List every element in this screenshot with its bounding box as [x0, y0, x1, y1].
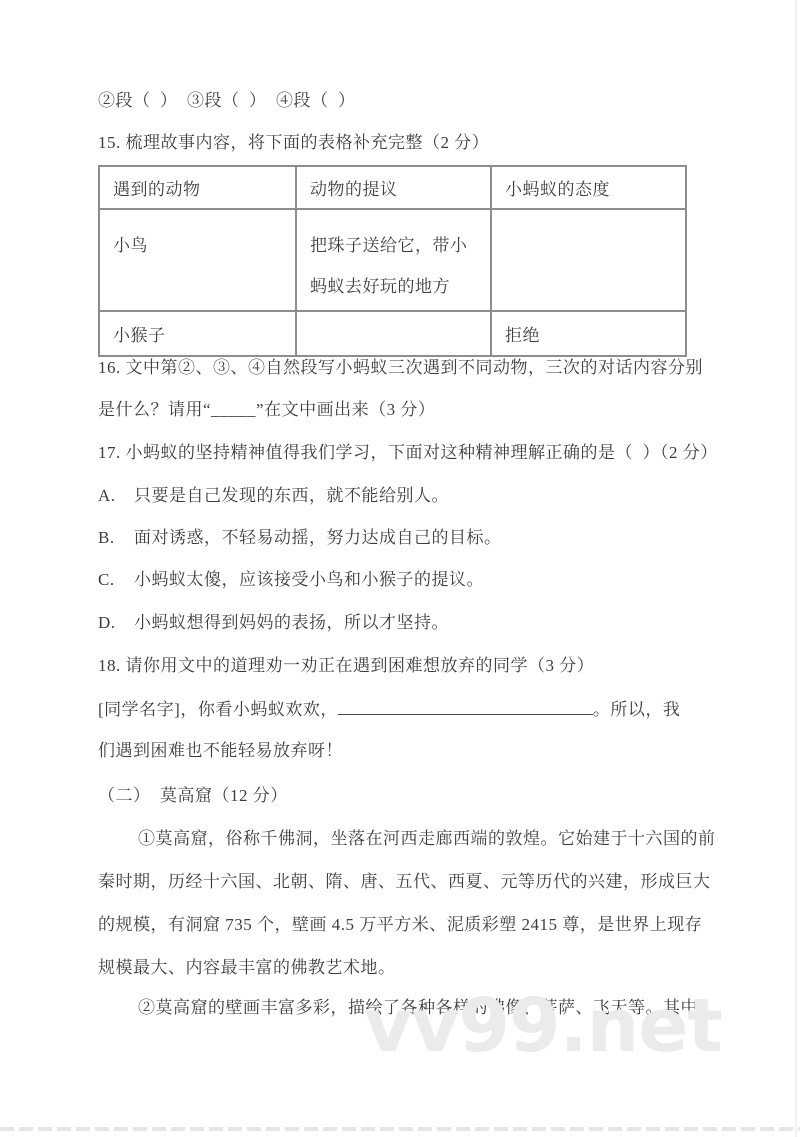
table-header-cell: 遇到的动物: [99, 166, 296, 209]
paragraph-blanks-line: ②段（ ） ③段（ ） ④段（ ）: [98, 90, 356, 112]
question-18-fill-line-2: 们遇到困难也不能轻易放弃呀！: [98, 740, 343, 762]
table-row: 小猴子 拒绝: [99, 311, 686, 356]
table-cell-empty: [491, 209, 686, 311]
passage-paragraph-1-line-4: 规模最大、内容最丰富的佛教艺术地。: [98, 957, 396, 979]
question-17: 17. 小蚂蚁的坚持精神值得我们学习，下面对这种精神理解正确的是（ ）（2 分）: [98, 442, 718, 464]
table-cell: 小猴子: [99, 311, 296, 356]
option-a-text: 只要是自己发现的东西，就不能给别人。: [134, 486, 449, 505]
option-b-text: 面对诱惑，不轻易动摇，努力达成自己的目标。: [134, 528, 502, 547]
question-18-fill-line: [同学名字]，你看小蚂蚁欢欢，。所以，我: [98, 697, 680, 721]
option-a: A.只要是自己发现的东西，就不能给别人。: [98, 485, 449, 507]
passage-paragraph-1-line-2: 秦时期，历经十六国、北朝、隋、唐、五代、西夏、元等历代的兴建，形成巨大: [98, 871, 711, 893]
option-d: D.小蚂蚁想得到妈妈的表扬，所以才坚持。: [98, 612, 449, 634]
passage-paragraph-1-line-3: 的规模，有洞窟 735 个，壁画 4.5 万平方米、泥质彩塑 2415 尊，是世…: [98, 914, 702, 936]
question-16-line-2: 是什么？请用“_____”在文中画出来（3 分）: [98, 399, 435, 421]
question-16-line-1: 16. 文中第②、③、④自然段写小蚂蚁三次遇到不同动物，三次的对话内容分别: [98, 357, 703, 379]
option-d-text: 小蚂蚁想得到妈妈的表扬，所以才坚持。: [134, 613, 449, 632]
table-header-cell: 动物的提议: [296, 166, 491, 209]
option-b-label: B.: [98, 527, 134, 549]
option-c-label: C.: [98, 569, 134, 591]
table-cell: 拒绝: [491, 311, 686, 356]
option-d-label: D.: [98, 612, 134, 634]
option-a-label: A.: [98, 485, 134, 507]
answer-blank: [338, 697, 593, 715]
option-c-text: 小蚂蚁太傻，应该接受小鸟和小猴子的提议。: [134, 570, 484, 589]
table-cell: 把珠子送给它，带小蚂蚁去好玩的地方: [296, 209, 491, 311]
table-header-cell: 小蚂蚁的态度: [491, 166, 686, 209]
watermark: vv99.net: [364, 983, 722, 1069]
section-2-heading: （二） 莫高窟（12 分）: [98, 785, 288, 807]
option-b: B.面对诱惑，不轻易动摇，努力达成自己的目标。: [98, 527, 502, 549]
fill-suffix: 。所以，我: [593, 700, 681, 719]
story-table: 遇到的动物 动物的提议 小蚂蚁的态度 小鸟 把珠子送给它，带小蚂蚁去好玩的地方 …: [98, 165, 687, 357]
page-right-edge-line: [795, 0, 797, 1137]
table-cell: 小鸟: [99, 209, 296, 311]
table-row: 小鸟 把珠子送给它，带小蚂蚁去好玩的地方: [99, 209, 686, 311]
table-header-row: 遇到的动物 动物的提议 小蚂蚁的态度: [99, 166, 686, 209]
fill-prefix: [同学名字]，你看小蚂蚁欢欢，: [98, 700, 338, 719]
question-18: 18. 请你用文中的道理劝一劝正在遇到困难想放弃的同学（3 分）: [98, 655, 594, 677]
table-cell-empty: [296, 311, 491, 356]
question-15: 15. 梳理故事内容，将下面的表格补充完整（2 分）: [98, 132, 489, 154]
option-c: C.小蚂蚁太傻，应该接受小鸟和小猴子的提议。: [98, 569, 484, 591]
passage-paragraph-1-line-1: ①莫高窟，俗称千佛洞，坐落在河西走廊西端的敦煌。它始建于十六国的前: [98, 828, 716, 850]
bottom-cut-line: [0, 1127, 800, 1131]
